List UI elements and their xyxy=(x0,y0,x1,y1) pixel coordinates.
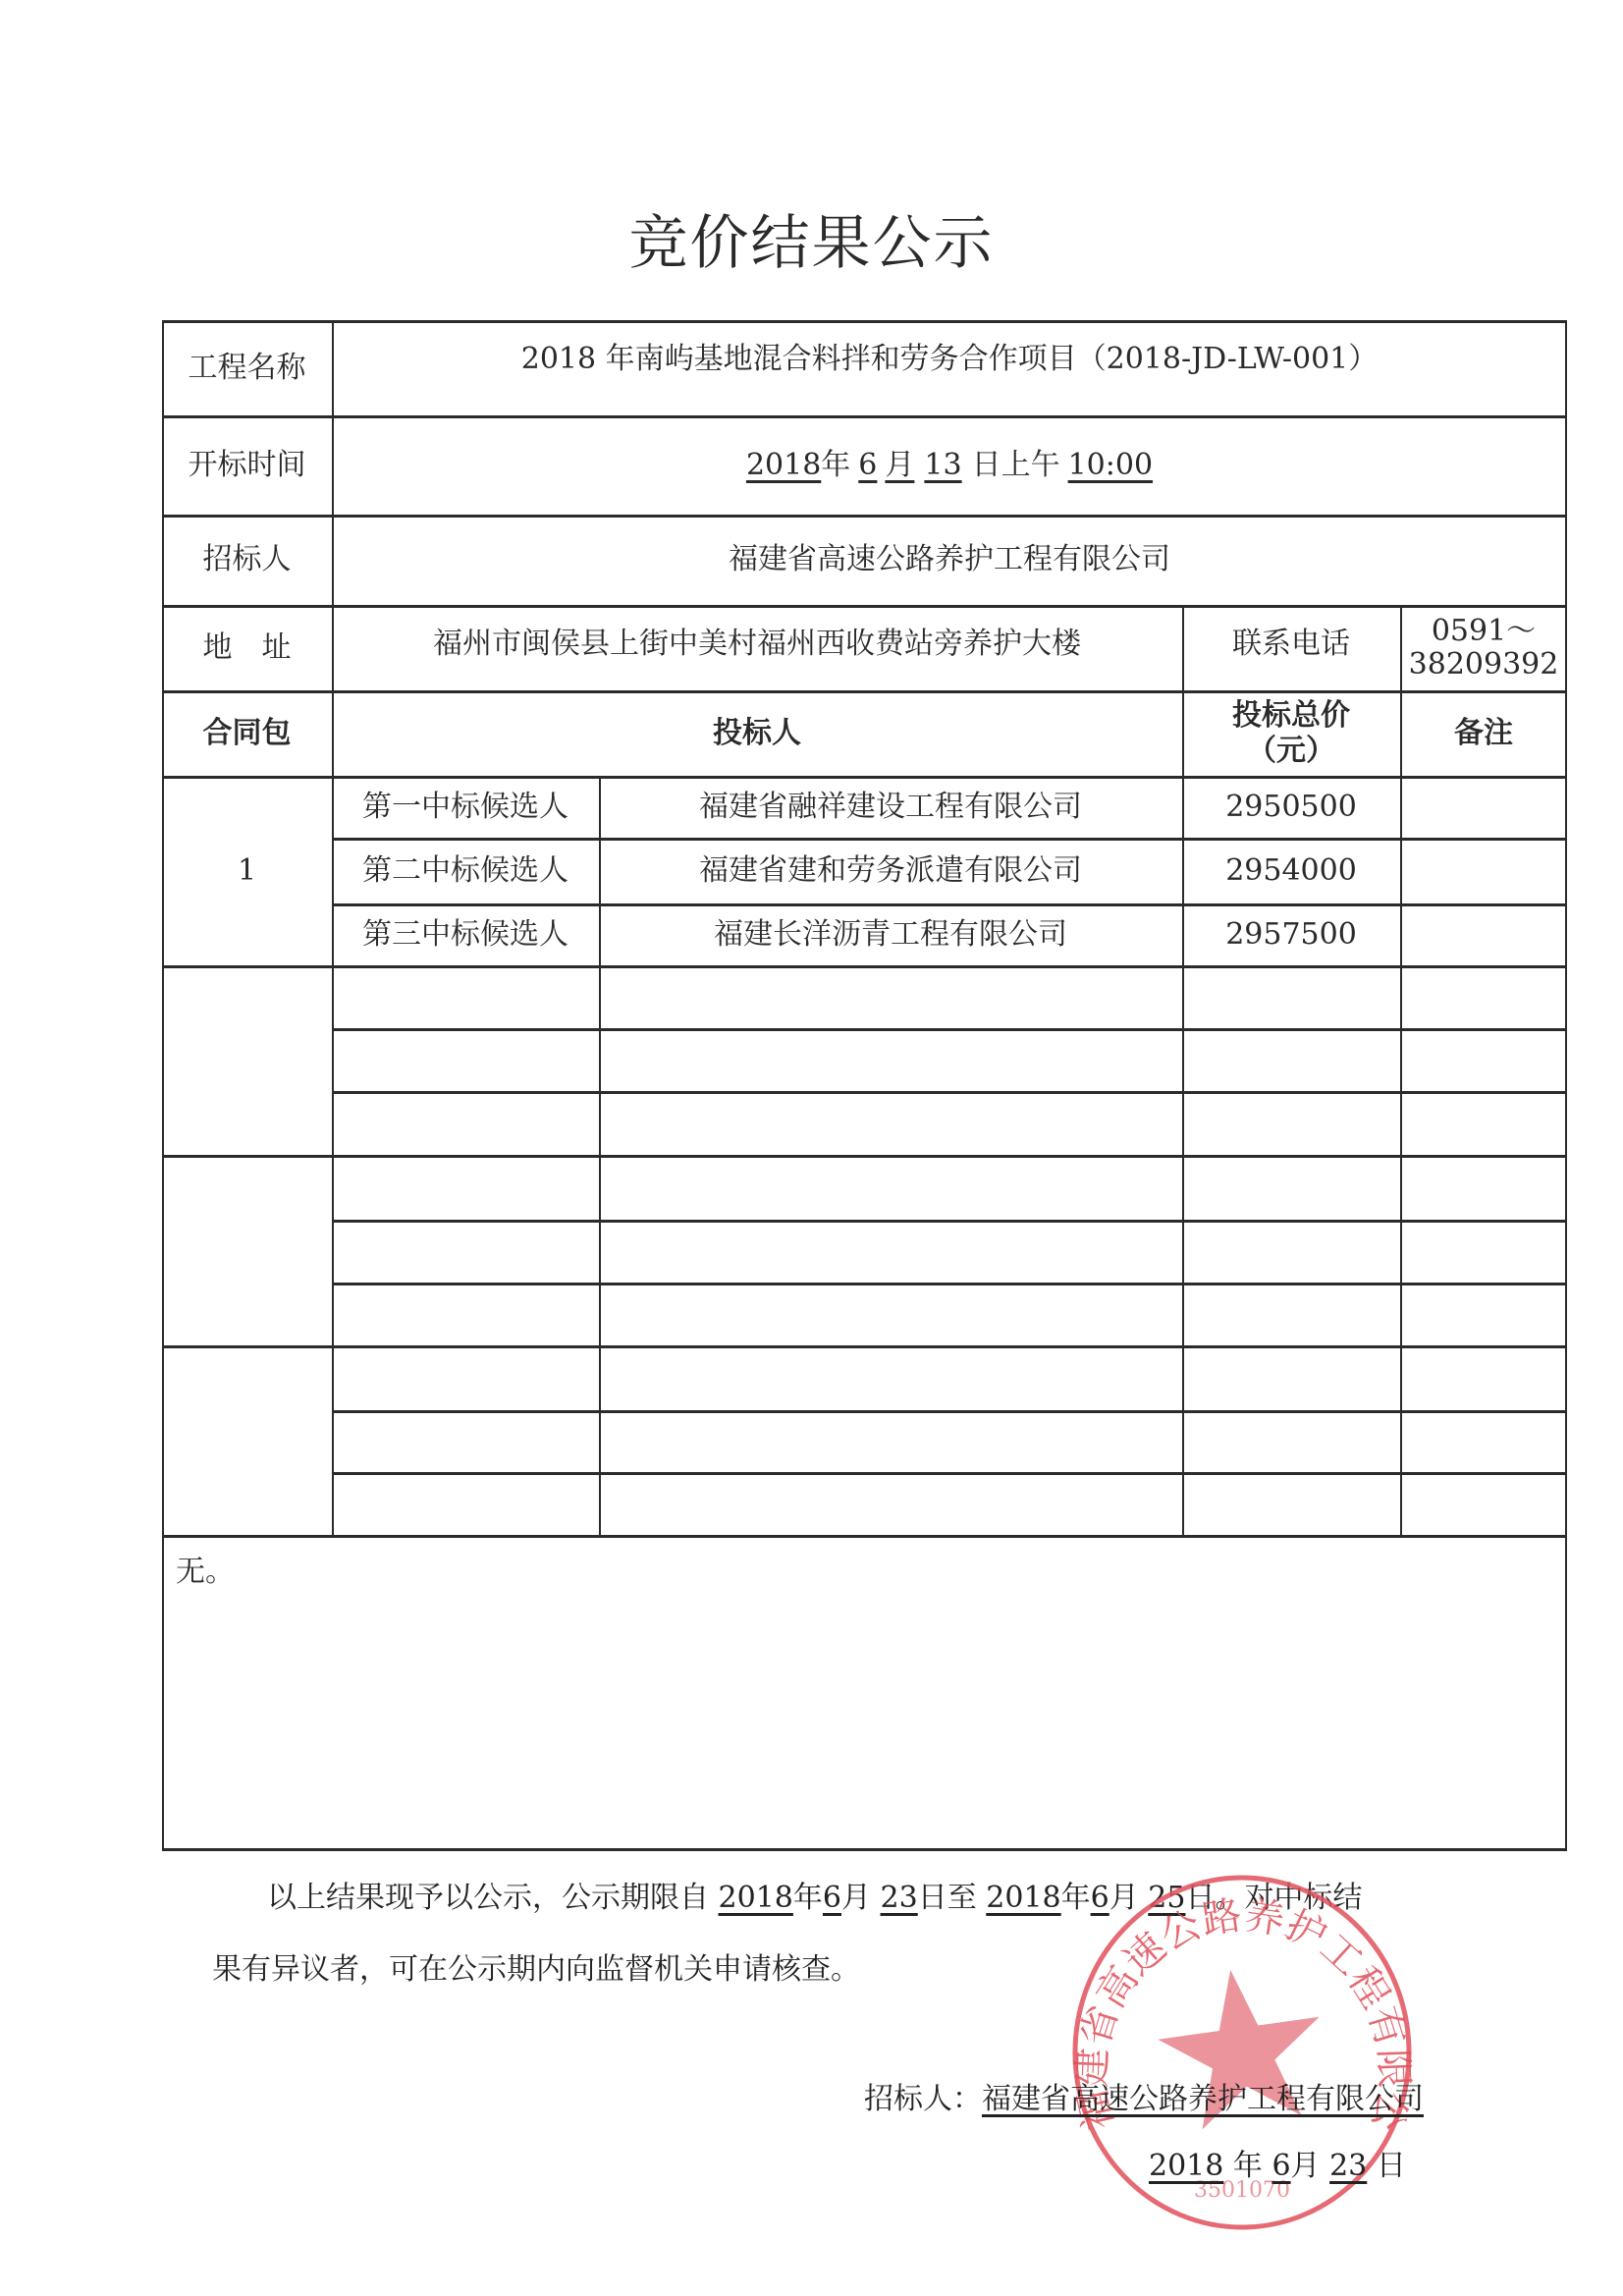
candidate-rank: 第一中标候选人 xyxy=(332,776,599,838)
open-time-clock: 10:00 xyxy=(1068,447,1153,484)
open-time-label: 开标时间 xyxy=(162,415,332,515)
candidate-rank: 第二中标候选人 xyxy=(332,838,599,903)
candidate-price: 2954000 xyxy=(1182,838,1400,903)
divider xyxy=(162,965,1567,968)
tenderer: 福建省高速公路养护工程有限公司 xyxy=(332,515,1567,605)
project-name-label: 工程名称 xyxy=(162,320,332,415)
signature-company: 福建省高速公路养护工程有限公司 xyxy=(982,2082,1424,2116)
candidate-price: 2950500 xyxy=(1182,776,1400,838)
signature-date: 2018 年 6月 23 日 xyxy=(1149,2141,1406,2184)
divider xyxy=(332,1472,1567,1475)
candidate-company: 福建长洋沥青工程有限公司 xyxy=(599,903,1182,965)
candidate-company: 福建省融祥建设工程有限公司 xyxy=(599,776,1182,838)
divider xyxy=(162,1155,1567,1158)
open-time-year: 2018 xyxy=(746,447,821,484)
candidate-rank: 第三中标候选人 xyxy=(332,903,599,965)
signature-tenderer: 招标人：福建省高速公路养护工程有限公司 xyxy=(864,2074,1424,2117)
page-title: 竞价结果公示 xyxy=(0,196,1623,281)
package-id: 1 xyxy=(162,776,332,965)
phone-label: 联系电话 xyxy=(1182,605,1400,683)
divider xyxy=(332,1091,1567,1094)
open-time-month: 6 xyxy=(850,447,885,484)
header-package: 合同包 xyxy=(162,690,332,776)
project-name: 2018 年南屿基地混合料拌和劳务合作项目（2018-JD-LW-001） xyxy=(332,320,1567,399)
company-seal-icon: 福建省高速公路养护工程有限公司 3501070 xyxy=(1060,1871,1424,2244)
header-remarks: 备注 xyxy=(1400,690,1567,776)
divider xyxy=(332,1220,1567,1223)
divider xyxy=(332,1283,1567,1285)
notes: 无。 xyxy=(176,1548,372,1597)
phone: 0591～ 38209392 xyxy=(1400,605,1567,690)
tenderer-label: 招标人 xyxy=(162,515,332,605)
divider xyxy=(162,1535,1567,1538)
announcement-line2: 果有异议者，可在公示期内向监督机关申请核查。 xyxy=(212,1944,860,1988)
table-border-bottom xyxy=(162,1848,1567,1851)
candidate-price: 2957500 xyxy=(1182,903,1400,965)
divider xyxy=(332,1028,1567,1031)
results-table: 工程名称 2018 年南屿基地混合料拌和劳务合作项目（2018-JD-LW-00… xyxy=(162,320,1567,1848)
open-time-day: 13 xyxy=(914,447,971,484)
header-price: 投标总价 （元） xyxy=(1182,690,1400,776)
header-bidder: 投标人 xyxy=(332,690,1182,776)
address-label: 地 址 xyxy=(162,605,332,690)
address: 福州市闽侯县上街中美村福州西收费站旁养护大楼 xyxy=(332,605,1182,683)
candidate-company: 福建省建和劳务派遣有限公司 xyxy=(599,838,1182,903)
divider xyxy=(332,1410,1567,1413)
divider xyxy=(162,1345,1567,1348)
open-time: 2018 年 6 月 13 日上午 10:00 xyxy=(332,415,1567,515)
